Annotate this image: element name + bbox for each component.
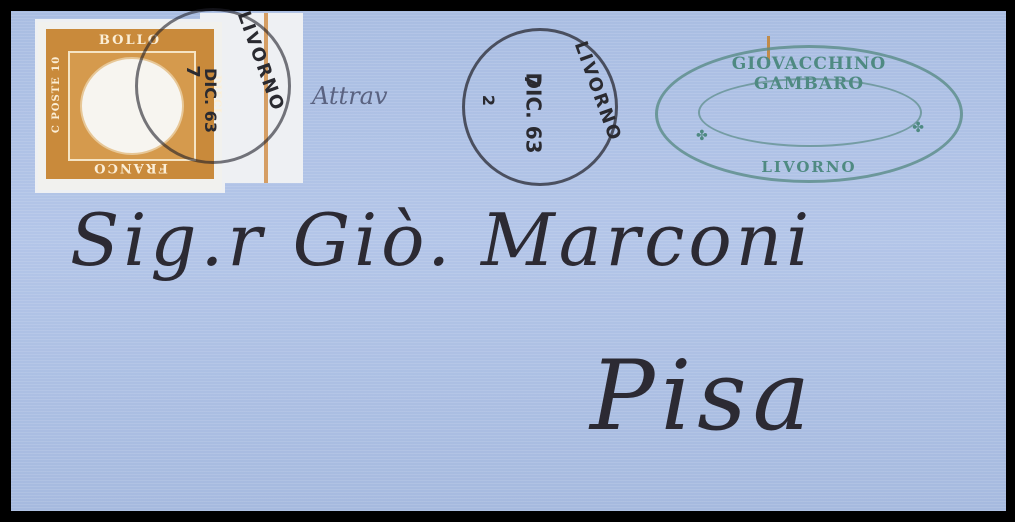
postmark-on-cover: LIVORNO 7 DIC. 63 2 [462, 28, 618, 186]
cachet-name: GIOVACCHINO GAMBARO [678, 54, 940, 94]
postmark-on-stamp: LIVORNO 7 DIC. 63 [135, 8, 291, 164]
stamp-left-text: C POSTE 10 [51, 56, 62, 133]
manuscript-note: Attrav [312, 82, 388, 110]
destination: Pisa [590, 340, 816, 452]
ornament-icon: ✤ [912, 120, 924, 136]
merchant-cachet: GIOVACCHINO GAMBARO LIVORNO ✤ ✤ [655, 45, 963, 183]
cachet-city: LIVORNO [658, 158, 960, 176]
ornament-icon: ✤ [696, 128, 708, 144]
stamp-bottom-text: FRANCO [46, 160, 214, 175]
addressee: Sig.r Giò. Marconi [70, 198, 813, 282]
